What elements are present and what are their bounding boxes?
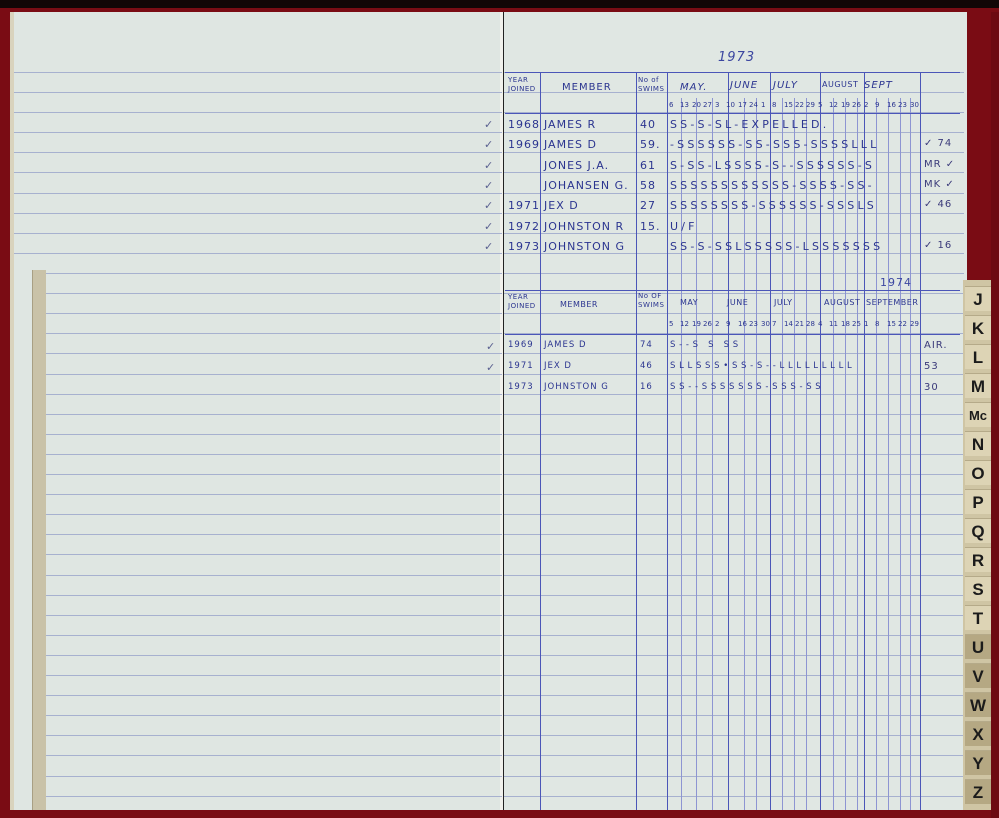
note-cell: MK ✓ <box>924 179 955 190</box>
header-month-june-1973: JUNE <box>730 80 758 91</box>
header-month-august-1974: AUGUST <box>824 298 860 307</box>
header-year-joined-1974: YEAR JOINED <box>508 293 538 311</box>
header-1973-day-13: 5 <box>818 101 822 109</box>
checkmark-icon: ✓ <box>484 138 493 151</box>
attendance-marks-cell: SS-S-SL-EXPELLED. <box>670 118 829 131</box>
header-1973-day-18: 9 <box>875 101 879 109</box>
member-name-cell: JOHNSTON G <box>544 382 609 392</box>
attendance-marks-cell: S--S S SS <box>670 340 742 350</box>
year-joined-cell: 1971 <box>508 361 534 371</box>
attendance-marks-cell: SS--SSSSSSS-SSS-SS <box>670 382 824 392</box>
member-name-cell: JAMES R <box>544 118 596 131</box>
swim-count-cell: 58 <box>640 179 656 192</box>
note-cell: ✓ 74 <box>924 138 952 149</box>
header-month-september-1974: SEPTEMBER <box>866 298 918 307</box>
swim-count-cell: 46 <box>640 361 653 371</box>
index-tab-n[interactable]: N <box>965 431 991 456</box>
checkmark-icon: ✓ <box>484 159 493 172</box>
header-1973-day-16: 26 <box>852 101 861 109</box>
year-joined-cell: 1973 <box>508 382 534 392</box>
header-month-july-1973: JULY <box>773 80 798 91</box>
member-name-cell: JONES J.A. <box>544 159 609 172</box>
header-1973-day-14: 12 <box>829 101 838 109</box>
header-1974-day-7: 23 <box>749 320 758 328</box>
note-cell: MR ✓ <box>924 159 955 170</box>
attendance-marks-cell: SSSSSSSSSSSS-SSSS-SS- <box>670 179 875 192</box>
year-joined-cell: 1969 <box>508 340 534 350</box>
note-cell: ✓ 46 <box>924 199 952 210</box>
index-tab-u[interactable]: U <box>965 634 991 659</box>
swim-count-cell: 16 <box>640 382 653 392</box>
header-1973-day-3: 27 <box>703 101 712 109</box>
index-tab-r[interactable]: R <box>965 547 991 572</box>
header-year-joined-1973: YEAR JOINED <box>508 76 536 94</box>
note-cell: 30 <box>924 382 939 393</box>
swim-count-cell: 59. <box>640 138 661 151</box>
ledger-1974-year-title: 1974 <box>880 276 912 289</box>
index-tab-mc[interactable]: Mc <box>965 402 991 427</box>
header-1974-day-18: 8 <box>875 320 879 328</box>
index-tab-x[interactable]: X <box>965 721 991 746</box>
checkmark-icon: ✓ <box>484 240 493 253</box>
index-tab-l[interactable]: L <box>965 344 991 369</box>
index-tab-o[interactable]: O <box>965 460 991 485</box>
note-cell: AIR. <box>924 340 948 351</box>
index-tab-z[interactable]: Z <box>965 779 991 804</box>
swim-count-cell: 40 <box>640 118 656 131</box>
header-1974-day-9: 7 <box>772 320 776 328</box>
header-1974-day-14: 11 <box>829 320 838 328</box>
ledger-1973-year-title: 1973 <box>718 50 755 65</box>
header-1973-day-17: 2 <box>864 101 868 109</box>
attendance-marks-cell: SLLSSS•SS-S--LLLLLLLLL <box>670 361 855 371</box>
header-1973-day-1: 13 <box>680 101 689 109</box>
member-name-cell: JEX D <box>544 361 572 371</box>
index-tab-t[interactable]: T <box>965 605 991 630</box>
header-month-june-1974: JUNE <box>727 298 748 307</box>
header-1973-day-20: 23 <box>898 101 907 109</box>
header-1973-day-21: 30 <box>910 101 919 109</box>
member-name-cell: JOHNSTON G <box>544 240 625 253</box>
left-page-lower <box>46 270 502 810</box>
index-tab-q[interactable]: Q <box>965 518 991 543</box>
header-1974-day-17: 1 <box>864 320 868 328</box>
header-1974-day-11: 21 <box>795 320 804 328</box>
header-1974-day-0: 5 <box>669 320 673 328</box>
index-tab-y[interactable]: Y <box>965 750 991 775</box>
header-month-august-1973: AUGUST <box>822 80 858 89</box>
header-month-may-1974: MAY <box>680 298 698 307</box>
header-1974-day-19: 15 <box>887 320 896 328</box>
page-stack-edge <box>32 270 46 810</box>
year-joined-cell: 1972 <box>508 220 540 233</box>
header-1973-day-12: 29 <box>806 101 815 109</box>
member-name-cell: JAMES D <box>544 340 587 350</box>
header-month-may-1973: MAY. <box>680 82 707 93</box>
index-tab-s[interactable]: S <box>965 576 991 601</box>
attendance-marks-cell: -SSSSSS-SS-SSS-SSSSLLL <box>670 138 879 151</box>
header-no-of-swims-1974: No OF SWIMS <box>638 292 668 310</box>
swim-count-cell: 27 <box>640 199 656 212</box>
checkmark-icon: ✓ <box>486 361 495 374</box>
header-1974-day-2: 19 <box>692 320 701 328</box>
header-1973-day-9: 8 <box>772 101 776 109</box>
header-1974-day-6: 16 <box>738 320 747 328</box>
member-name-cell: JAMES D <box>544 138 597 151</box>
header-1973-day-19: 16 <box>887 101 896 109</box>
header-1974-day-21: 29 <box>910 320 919 328</box>
year-joined-cell: 1973 <box>508 240 540 253</box>
book-cover-right-edge <box>991 12 999 818</box>
member-name-cell: JEX D <box>544 199 579 212</box>
header-1974-day-20: 22 <box>898 320 907 328</box>
note-cell: 53 <box>924 361 939 372</box>
swim-count-cell: 61 <box>640 159 656 172</box>
header-1973-day-11: 22 <box>795 101 804 109</box>
header-1974-day-1: 12 <box>680 320 689 328</box>
attendance-marks-cell: SSSSSSSS-SSSSSS-SSSLS <box>670 199 877 212</box>
header-1974-day-16: 25 <box>852 320 861 328</box>
header-month-sept-1973: SEPT <box>864 80 893 91</box>
header-member-1974: MEMBER <box>560 300 598 309</box>
index-tab-m[interactable]: M <box>965 373 991 398</box>
checkmark-icon: ✓ <box>484 179 493 192</box>
swim-count-cell: 74 <box>640 340 653 350</box>
header-1974-day-8: 30 <box>761 320 770 328</box>
checkmark-icon: ✓ <box>484 118 493 131</box>
note-cell: ✓ 16 <box>924 240 952 251</box>
header-1973-day-2: 20 <box>692 101 701 109</box>
header-member-1973: MEMBER <box>562 82 612 93</box>
header-1973-day-6: 17 <box>738 101 747 109</box>
header-1974-day-12: 28 <box>806 320 815 328</box>
swim-count-cell: 15. <box>640 220 661 233</box>
index-tab-k[interactable]: K <box>965 315 991 340</box>
header-1974-day-3: 26 <box>703 320 712 328</box>
header-1973-day-0: 6 <box>669 101 673 109</box>
checkmark-icon: ✓ <box>484 220 493 233</box>
header-1973-day-15: 19 <box>841 101 850 109</box>
member-name-cell: JOHNSTON R <box>544 220 624 233</box>
index-tab-w[interactable]: W <box>965 692 991 717</box>
header-1973-day-5: 10 <box>726 101 735 109</box>
checkmark-icon: ✓ <box>484 199 493 212</box>
header-1974-day-13: 4 <box>818 320 822 328</box>
header-1973-day-7: 24 <box>749 101 758 109</box>
year-joined-cell: 1969 <box>508 138 540 151</box>
checkmark-icon: ✓ <box>486 340 495 353</box>
member-name-cell: JOHANSEN G. <box>544 179 629 192</box>
header-1973-day-4: 3 <box>715 101 719 109</box>
attendance-marks-cell: U/F <box>670 220 698 233</box>
year-joined-cell: 1968 <box>508 118 540 131</box>
header-1974-day-15: 18 <box>841 320 850 328</box>
header-no-of-swims-1973: No of SWIMS <box>638 76 668 94</box>
header-1973-day-10: 15 <box>784 101 793 109</box>
attendance-marks-cell: SS-S-SSLSSSSS-LSSSSSSS <box>670 240 883 253</box>
year-joined-cell: 1971 <box>508 199 540 212</box>
index-tab-j[interactable]: J <box>965 286 991 311</box>
index-tab-v[interactable]: V <box>965 663 991 688</box>
header-month-july-1974: JULY <box>774 298 793 307</box>
index-tab-p[interactable]: P <box>965 489 991 514</box>
header-1974-day-5: 9 <box>726 320 730 328</box>
header-1974-day-4: 2 <box>715 320 719 328</box>
header-1973-day-8: 1 <box>761 101 765 109</box>
header-1974-day-10: 14 <box>784 320 793 328</box>
attendance-marks-cell: S-SS-LSSSS-S--SSSSSS-S <box>670 159 875 172</box>
